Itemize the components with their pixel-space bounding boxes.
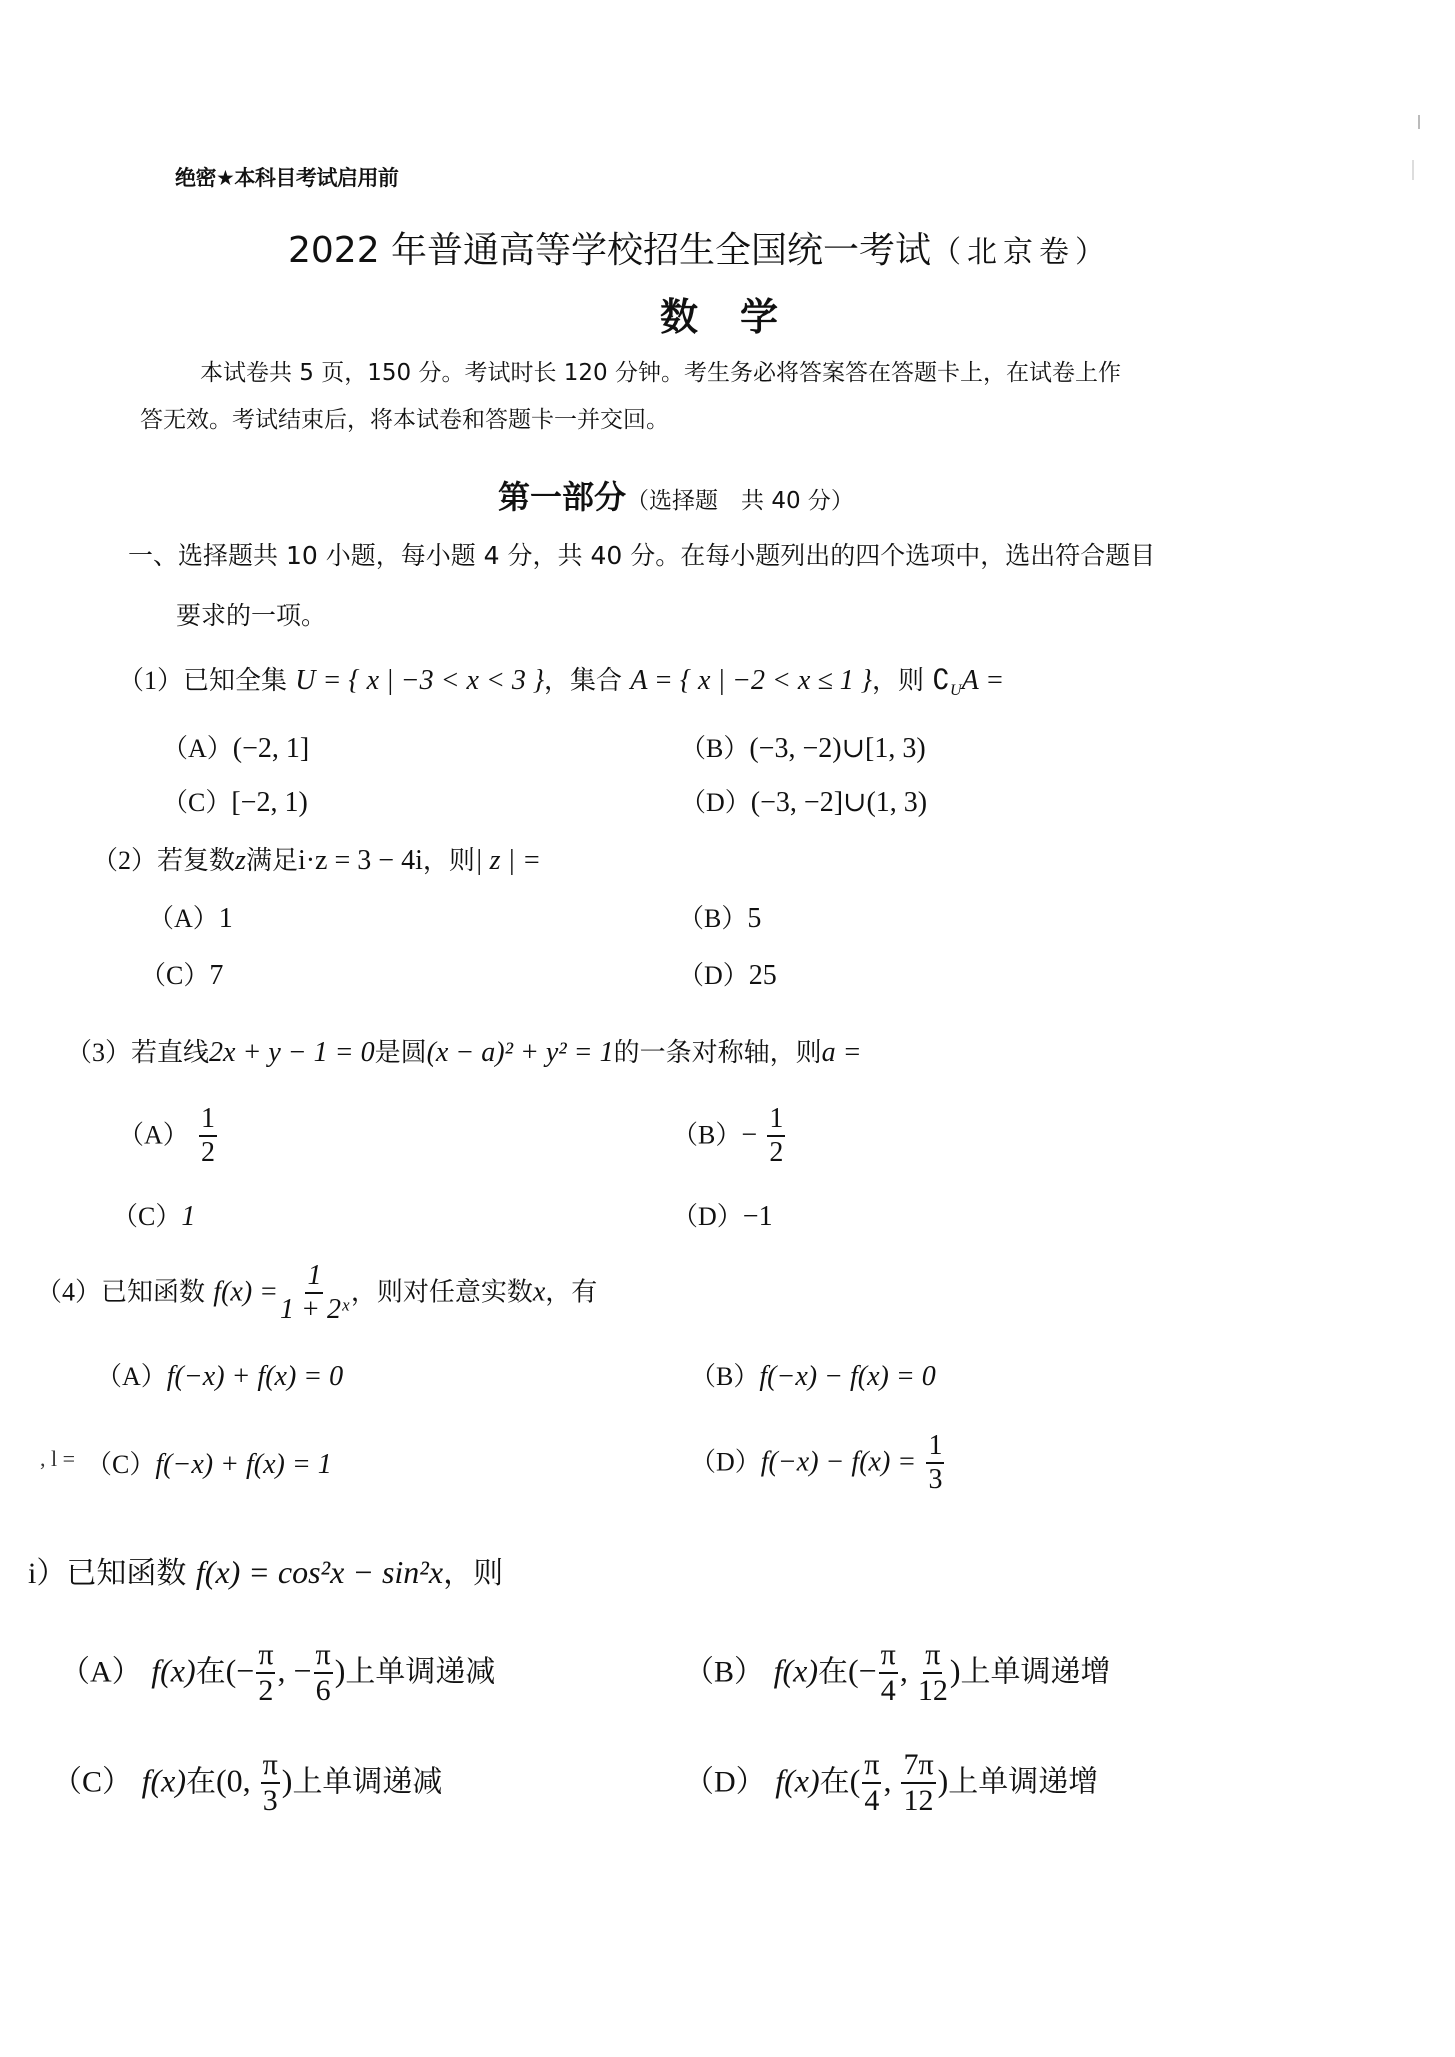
question-3-option-c[interactable]: （C）1: [112, 1196, 195, 1233]
question-2-option-a[interactable]: （A）1: [148, 898, 233, 935]
fraction: π4: [862, 1750, 881, 1816]
section-instructions-line-1: 一、选择题共 10 小题，每小题 4 分，共 40 分。在每小题列出的四个选项中…: [128, 536, 1155, 572]
exam-title: 2022 年普通高等学校招生全国统一考试（北京卷）: [288, 222, 1111, 273]
question-4-option-a[interactable]: （A）f(−x) + f(x) = 0: [96, 1356, 343, 1393]
question-4-option-c[interactable]: （C）f(−x) + f(x) = 1: [86, 1444, 332, 1481]
question-4-stem: （4）已知函数 f(x) =11 + 2ˣ，则对任意实数x，有: [36, 1262, 597, 1324]
question-1-option-b[interactable]: （B）(−3, −2)∪[1, 3): [680, 728, 926, 765]
question-3-stem: （3）若直线2x + y − 1 = 0是圆(x − a)² + y² = 1的…: [66, 1032, 862, 1069]
question-1-option-c[interactable]: （C）[−2, 1): [162, 782, 308, 819]
question-4-option-b[interactable]: （B）f(−x) − f(x) = 0: [690, 1356, 936, 1393]
question-4-option-d[interactable]: （D）f(−x) − f(x) = 13: [690, 1432, 946, 1494]
scan-speck: [1418, 115, 1420, 129]
question-5-option-b[interactable]: （B） f(x)在(−π4, π12)上单调递增: [684, 1640, 1110, 1706]
question-2-option-c[interactable]: （C）7: [140, 955, 223, 992]
question-2-stem: （2）若复数z满足i·z = 3 − 4i，则| z | =: [92, 840, 541, 877]
fraction: π6: [314, 1640, 333, 1706]
question-3-option-d[interactable]: （D）−1: [672, 1196, 773, 1233]
part-subtitle: （选择题 共 40 分）: [626, 488, 854, 514]
scan-speck: [1412, 160, 1414, 180]
scan-artifact: , l =: [40, 1446, 75, 1472]
fraction: 7π12: [901, 1750, 935, 1816]
question-5-option-d[interactable]: （D） f(x)在(π4, 7π12)上单调递增: [684, 1750, 1098, 1816]
question-5-option-c[interactable]: （C） f(x)在(0, π3)上单调递减: [52, 1750, 442, 1816]
fraction: 12: [767, 1105, 785, 1167]
exam-title-main: 2022 年普通高等学校招生全国统一考试: [288, 230, 931, 271]
question-5-option-a[interactable]: （A） f(x)在(−π2, −π6)上单调递减: [60, 1640, 495, 1706]
question-2-option-d[interactable]: （D）25: [678, 955, 777, 992]
question-1-stem: （1）已知全集 U = { x | −3 < x < 3 }，集合 A = { …: [118, 660, 1004, 700]
fraction: 12: [199, 1105, 217, 1167]
question-5-stem: i）已知函数 f(x) = cos²x − sin²x，则: [28, 1548, 503, 1592]
fraction: π3: [261, 1750, 280, 1816]
subject-title: 数学: [660, 286, 820, 341]
question-2-option-b[interactable]: （B）5: [678, 898, 761, 935]
confidential-label: 绝密★本科目考试启用前: [175, 162, 398, 192]
part-heading: 第一部分（选择题 共 40 分）: [498, 472, 854, 518]
question-1-option-d[interactable]: （D）(−3, −2]∪(1, 3): [680, 782, 927, 819]
question-3-option-b[interactable]: （B）− 12: [672, 1105, 787, 1167]
exam-title-region: （北京卷）: [931, 235, 1111, 270]
exam-notice-line-1: 本试卷共 5 页，150 分。考试时长 120 分钟。考生务必将答案答在答题卡上…: [200, 348, 1121, 398]
fraction: π4: [879, 1640, 898, 1706]
fraction: 11 + 2ˣ: [280, 1262, 349, 1324]
fraction: 13: [926, 1432, 944, 1494]
question-3-option-a[interactable]: （A） 12: [118, 1105, 219, 1167]
exam-notice-line-2: 答无效。考试结束后，将本试卷和答题卡一并交回。: [140, 395, 669, 445]
question-1-option-a[interactable]: （A）(−2, 1]: [162, 728, 309, 765]
fraction: π12: [918, 1640, 948, 1706]
section-instructions-line-2: 要求的一项。: [176, 596, 326, 632]
part-title: 第一部分: [498, 478, 626, 516]
fraction: π2: [256, 1640, 275, 1706]
